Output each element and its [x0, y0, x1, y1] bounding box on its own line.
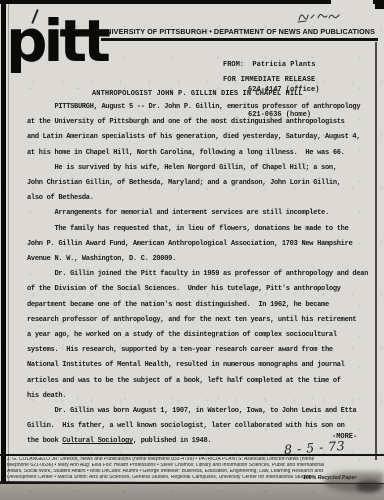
body-line: Gillin. His father, a well known sociolo…	[27, 419, 368, 434]
body-line: Arrangements for memorial and interment …	[27, 206, 368, 221]
body-line: articles and was to be the subject of a …	[27, 374, 368, 389]
handwritten-note	[295, 8, 343, 26]
scan-edge-bottom	[0, 484, 384, 500]
body-line: a year ago, he worked on a study of the …	[27, 328, 368, 343]
body-line: National Institutes of Mental Health, re…	[27, 358, 368, 373]
body-line: PITTSBURGH, August 5 -- Dr. John P. Gill…	[27, 100, 368, 115]
contact-from-row: FROM: Patricia Plants	[223, 61, 319, 69]
headline: ANTHROPOLOGIST JOHN P. GILLIN DIES IN CH…	[92, 90, 303, 98]
scan-edge-top-gap	[331, 0, 373, 4]
release-line: FOR IMMEDIATE RELEASE	[223, 76, 315, 84]
footer-rule-top	[0, 454, 384, 456]
pitt-logo: pitt	[6, 12, 107, 70]
body-line: at his home in Chapel Hill, North Caroli…	[27, 146, 368, 161]
body-line: his death.	[27, 389, 368, 404]
body-line: John P. Gillin Award Fund, American Anth…	[27, 237, 368, 252]
body-line: The family has requested that, in lieu o…	[27, 222, 368, 237]
scan-edge-left-line	[8, 0, 9, 500]
body-line: Avenue N. W., Washington, D. C. 20009.	[27, 252, 368, 267]
body-line: Dr. Gillin was born August 1, 1907, in W…	[27, 404, 368, 419]
scan-smudge-dark	[356, 480, 382, 492]
header-rule	[101, 38, 378, 41]
from-label: FROM:	[223, 61, 244, 69]
body-line: John Christian Gillin, of Bethesda, Mary…	[27, 176, 368, 191]
body-line: research professor of anthropology, and …	[27, 313, 368, 328]
department-line: UNIVERSITY OF PITTSBURGH • DEPARTMENT OF…	[101, 27, 375, 36]
body-line: and Latin American specialists of his ge…	[27, 130, 368, 145]
scan-corner-top-right	[375, 0, 384, 9]
body-line: also of Bethesda.	[27, 191, 368, 206]
body-line: of the Division of the Social Sciences. …	[27, 282, 368, 297]
scan-edge-right	[375, 42, 377, 460]
scan-edge-top	[0, 0, 384, 4]
body-line: systems. His research, supported by a te…	[27, 343, 368, 358]
body-line: He is survived by his wife, Helen Norgor…	[27, 161, 368, 176]
body-line: at the University of Pittsburgh and one …	[27, 115, 368, 130]
body-lines: PITTSBURGH, August 5 -- Dr. John P. Gill…	[27, 100, 368, 450]
scan-edge-left	[1, 0, 6, 500]
body-line: Dr. Gillin joined the Pitt faculty in 19…	[27, 267, 368, 282]
contact-name: Patricia Plants	[252, 61, 315, 69]
press-release-scan: pitt UNIVERSITY OF PITTSBURGH • DEPARTME…	[0, 0, 384, 500]
body-line: department became one of the nation's mo…	[27, 298, 368, 313]
